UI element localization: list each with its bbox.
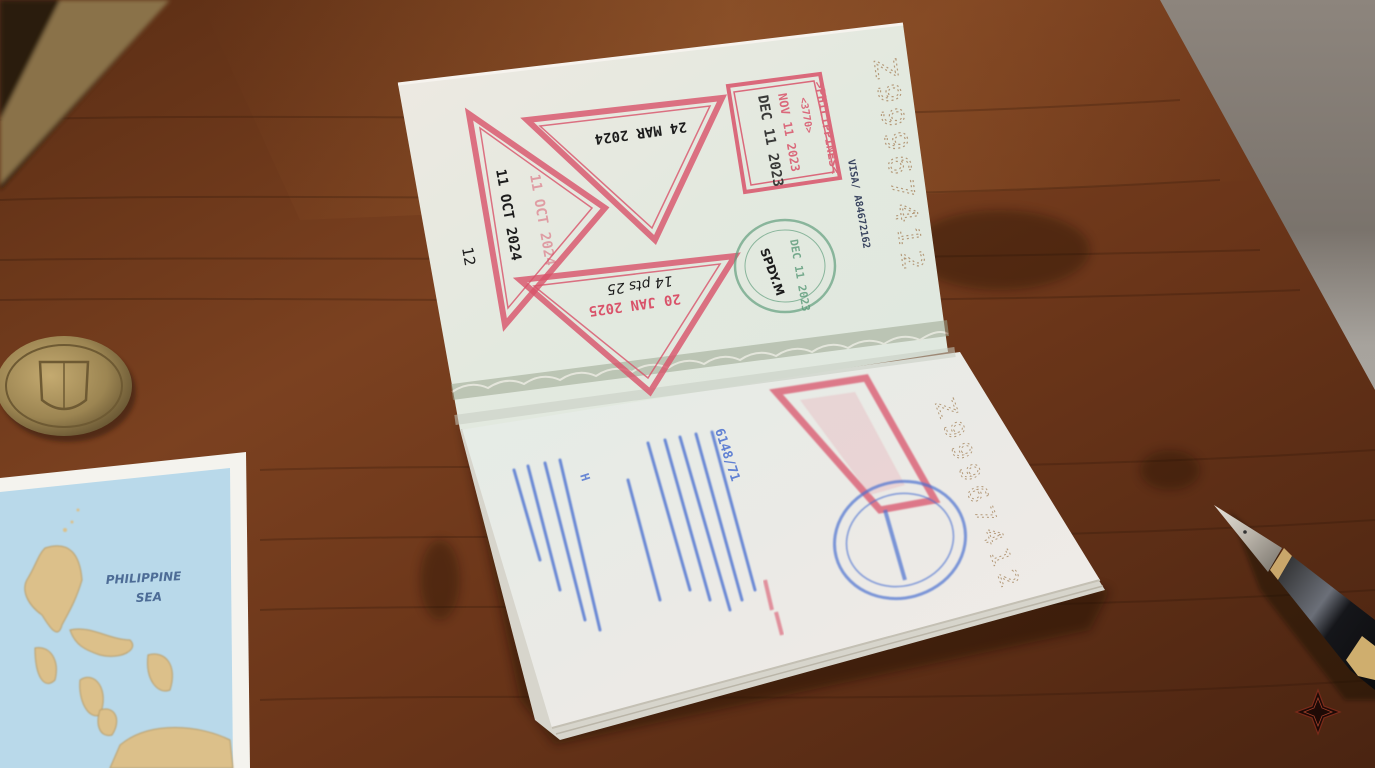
page-number: 12 [458,246,479,268]
map-sea-label-2: SEA [135,590,162,605]
photo-scene: PHILIPPINE SEA 6148/71 H [0,0,1375,768]
map: PHILIPPINE SEA [0,452,250,768]
